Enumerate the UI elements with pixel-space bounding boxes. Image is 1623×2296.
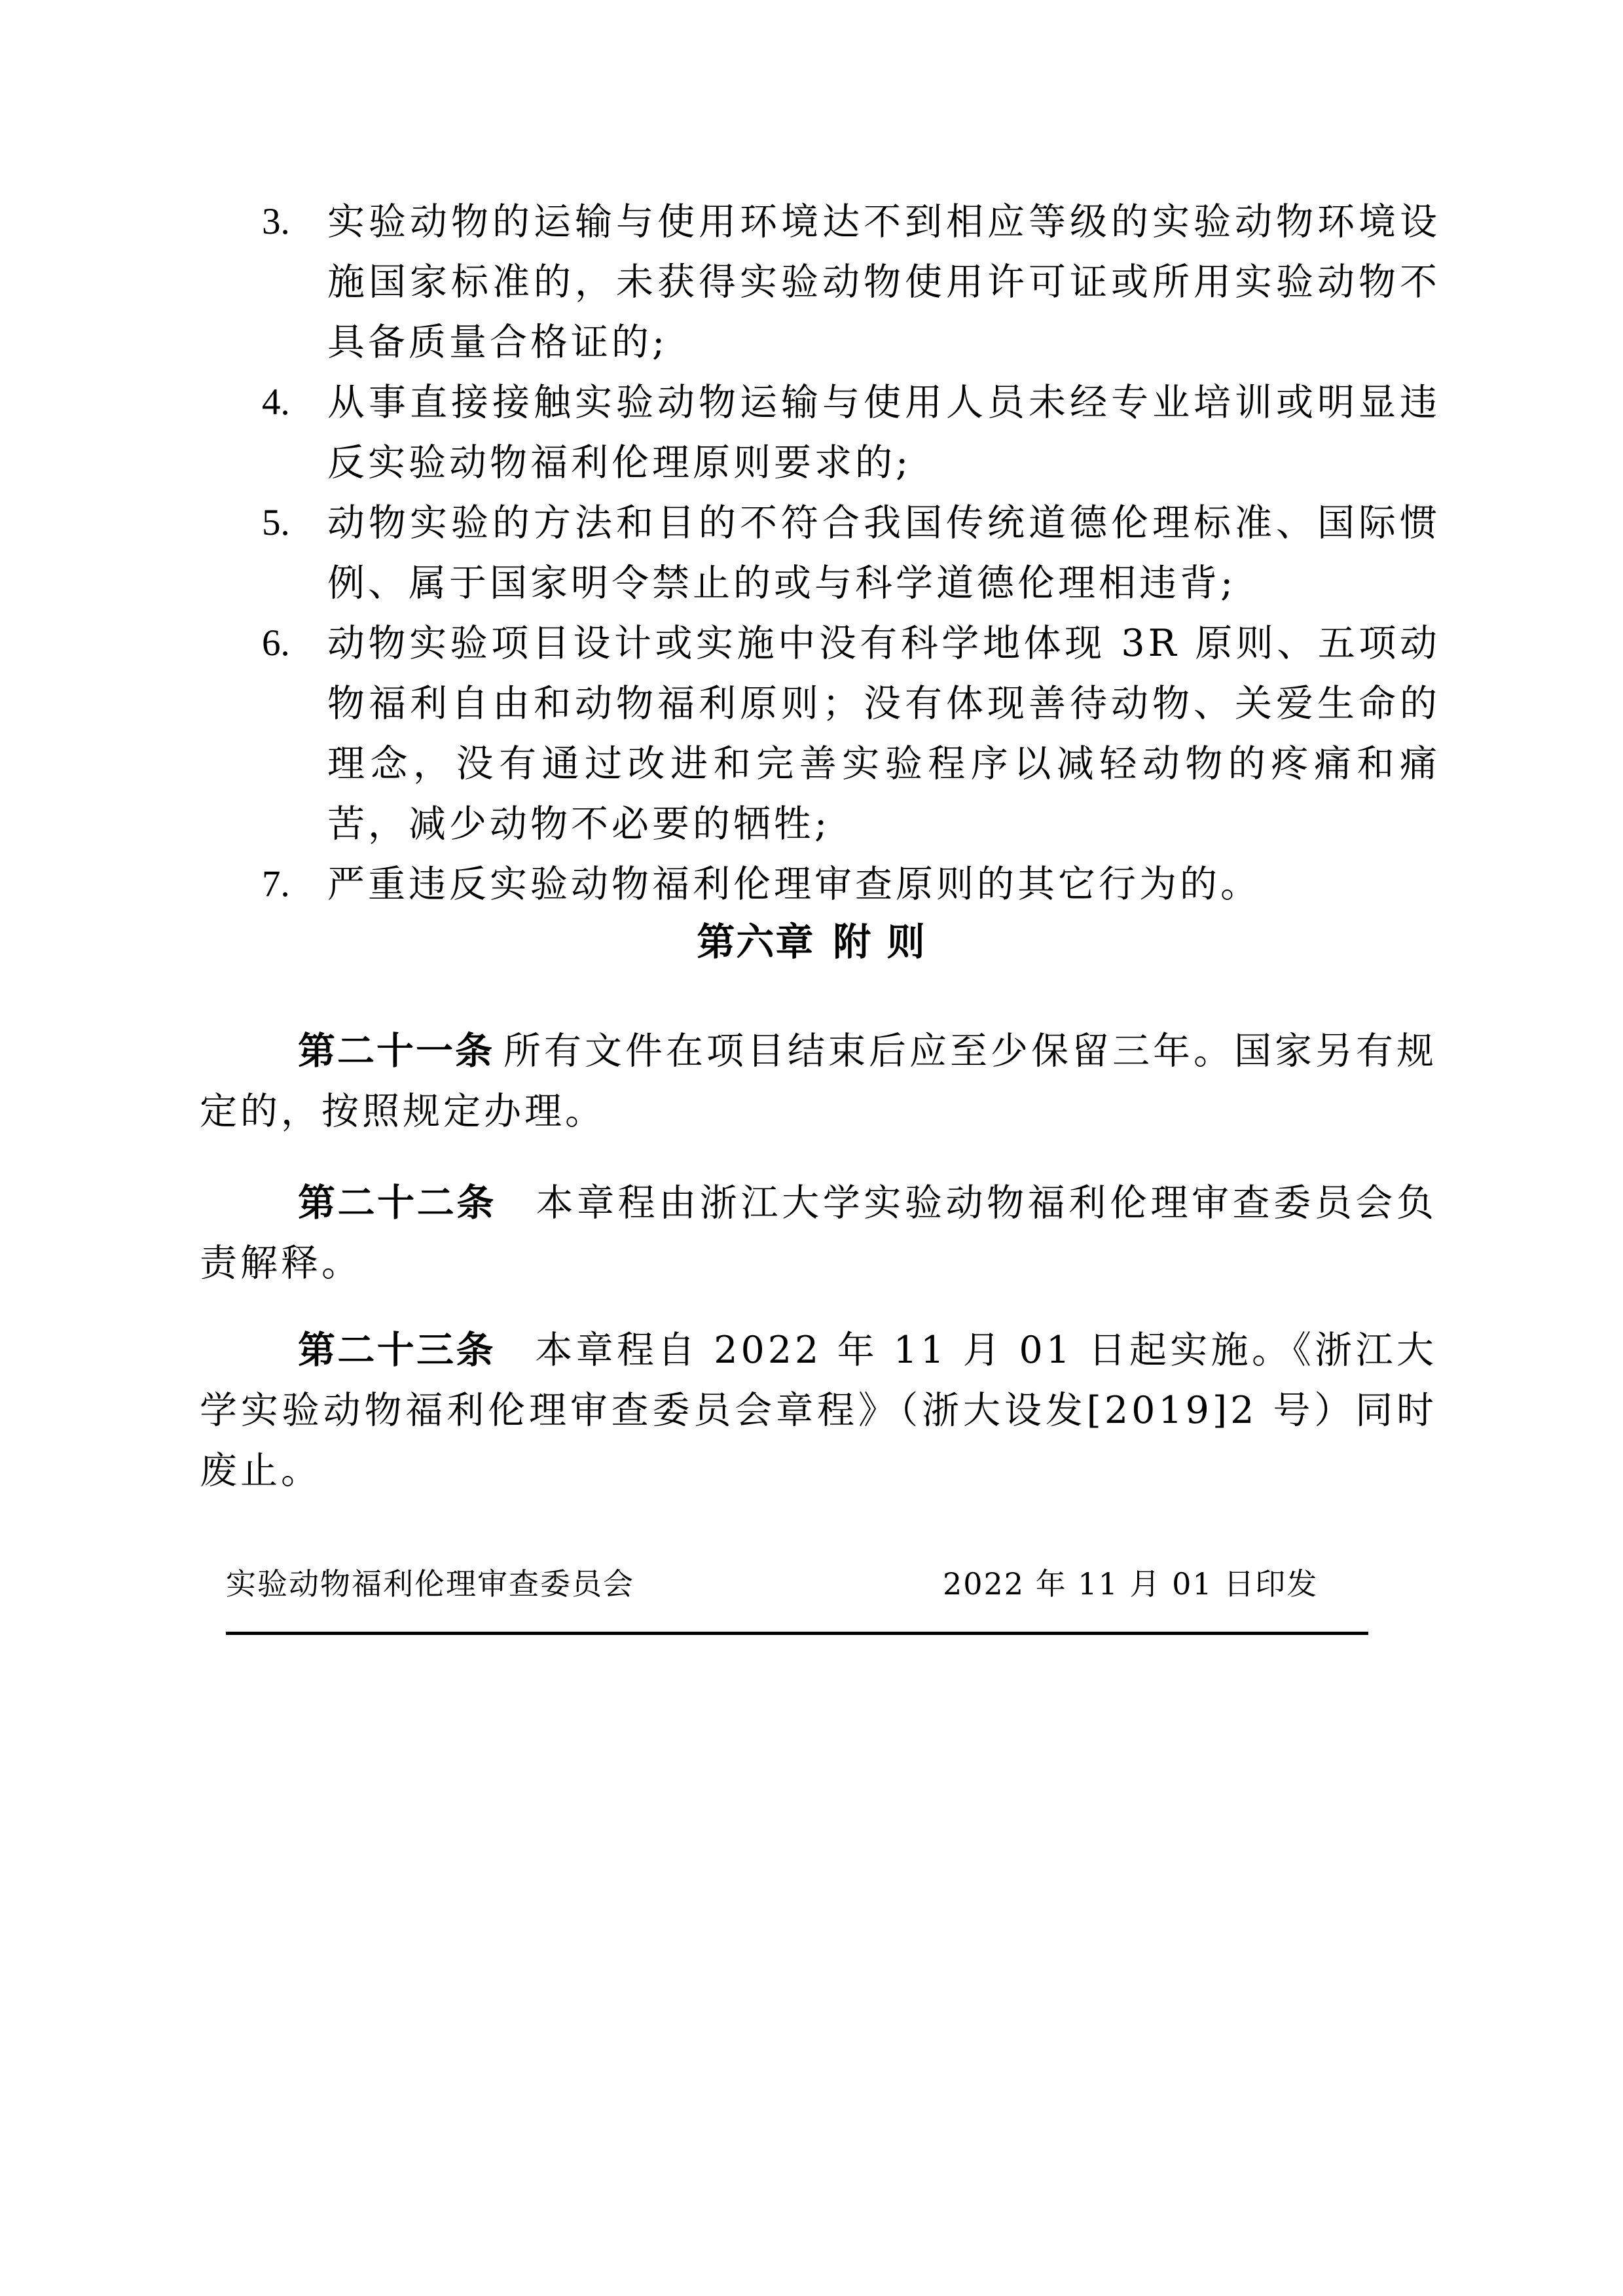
article-label: 第二十三条	[298, 1329, 496, 1372]
list-item: 3. 实验动物的运输与使用环境达不到相应等级的实验动物环境设施国家标准的，未获得…	[262, 192, 1440, 372]
issuance-footer: 实验动物福利伦理审查委员会 2022 年 11 月 01 日印发	[226, 1561, 1368, 1640]
violation-list: 3. 实验动物的运输与使用环境达不到相应等级的实验动物环境设施国家标准的，未获得…	[262, 192, 1440, 914]
list-item-number: 5.	[262, 493, 321, 553]
list-item-number: 6.	[262, 613, 321, 673]
list-item-text: 实验动物的运输与使用环境达不到相应等级的实验动物环境设施国家标准的，未获得实验动…	[327, 192, 1440, 372]
list-item-number: 4.	[262, 372, 321, 433]
chapter-title: 附 则	[833, 920, 926, 964]
list-item-text: 动物实验项目设计或实施中没有科学地体现 3R 原则、五项动物福利自由和动物福利原…	[327, 613, 1440, 854]
issuer-name: 实验动物福利伦理审查委员会	[226, 1561, 634, 1607]
document-page: 3. 实验动物的运输与使用环境达不到相应等级的实验动物环境设施国家标准的，未获得…	[0, 0, 1623, 2296]
list-item: 6. 动物实验项目设计或实施中没有科学地体现 3R 原则、五项动物福利自由和动物…	[262, 613, 1440, 854]
list-item: 7. 严重违反实验动物福利伦理审查原则的其它行为的。	[262, 854, 1440, 914]
list-item-text: 严重违反实验动物福利伦理审查原则的其它行为的。	[327, 854, 1440, 914]
list-item: 5. 动物实验的方法和目的不符合我国传统道德伦理标准、国际惯例、属于国家明令禁止…	[262, 493, 1440, 613]
issue-date: 2022 年 11 月 01 日印发	[943, 1561, 1318, 1607]
list-item: 4. 从事直接接触实验动物运输与使用人员未经专业培训或明显违反实验动物福利伦理原…	[262, 372, 1440, 493]
article-21: 第二十一条所有文件在项目结束后应至少保留三年。国家另有规定的，按照规定办理。	[200, 1021, 1437, 1141]
article-23: 第二十三条本章程自 2022 年 11 月 01 日起实施。《浙江大学实验动物福…	[200, 1320, 1437, 1501]
footer-divider	[226, 1632, 1368, 1635]
article-22: 第二十二条本章程由浙江大学实验动物福利伦理审查委员会负责解释。	[200, 1173, 1437, 1293]
article-label: 第二十二条	[298, 1181, 496, 1225]
list-item-text: 从事直接接触实验动物运输与使用人员未经专业培训或明显违反实验动物福利伦理原则要求…	[327, 372, 1440, 493]
list-item-number: 7.	[262, 854, 321, 914]
chapter-heading: 第六章附 则	[0, 912, 1623, 972]
list-item-text: 动物实验的方法和目的不符合我国传统道德伦理标准、国际惯例、属于国家明令禁止的或与…	[327, 493, 1440, 613]
article-label: 第二十一条	[298, 1030, 494, 1073]
list-item-number: 3.	[262, 192, 321, 252]
chapter-number: 第六章	[697, 920, 814, 964]
